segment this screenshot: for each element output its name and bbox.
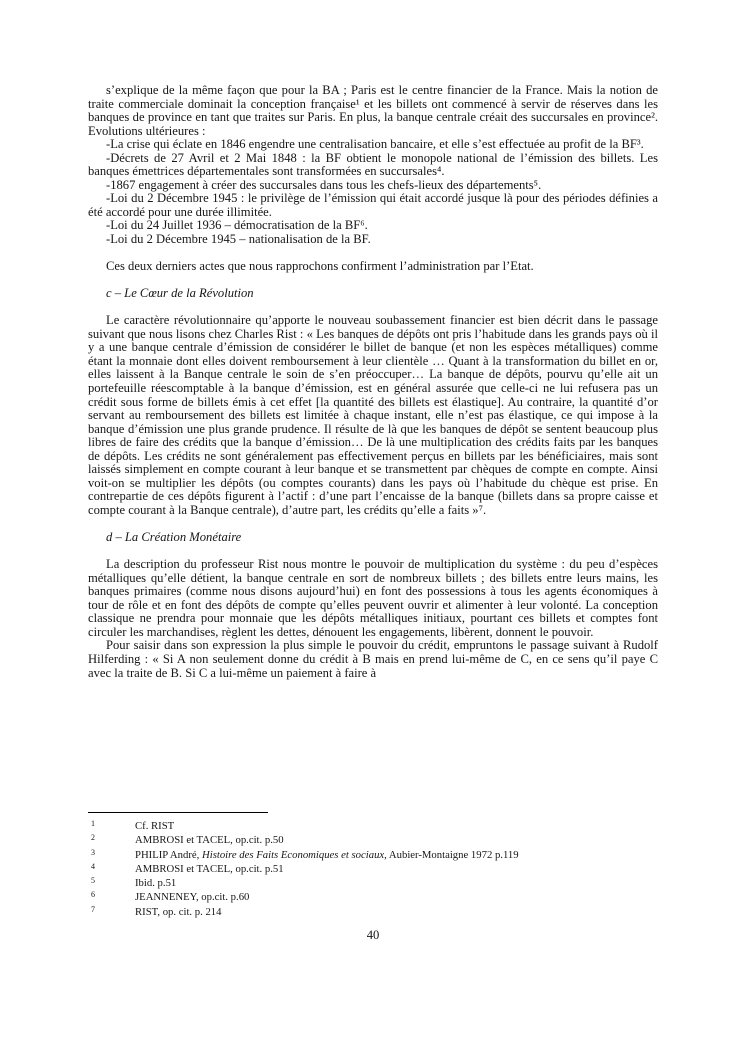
footnote-6: 6JEANNENEY, op.cit. p.60	[88, 890, 658, 904]
document-page: s’explique de la même façon que pour la …	[0, 0, 744, 1053]
list-item-loi-1945-nationalisation: -Loi du 2 Décembre 1945 – nationalisatio…	[88, 233, 658, 247]
footnote-text: RIST, op. cit. p. 214	[135, 906, 222, 918]
paragraph-hilferding: Pour saisir dans son expression la plus …	[88, 639, 658, 680]
list-item-decrets-1848: -Décrets de 27 Avril et 2 Mai 1848 : la …	[88, 152, 658, 179]
footnote-4: 4AMBROSI et TACEL, op.cit. p.51	[88, 862, 658, 876]
list-item-loi-1945-privilege: -Loi du 2 Décembre 1945 : le privilège d…	[88, 192, 658, 219]
paragraph-confirm: Ces deux derniers actes que nous rapproc…	[88, 260, 658, 274]
footnote-text: Cf. RIST	[135, 820, 174, 832]
footnote-marker: 6	[91, 888, 95, 902]
footnote-text: AMBROSI et TACEL, op.cit. p.51	[135, 863, 284, 875]
footnote-1: 1Cf. RIST	[88, 819, 658, 833]
footnote-3: 3PHILIP André, Histoire des Faits Econom…	[88, 848, 658, 862]
paragraph-intro: s’explique de la même façon que pour la …	[88, 84, 658, 138]
list-item-loi-1936: -Loi du 24 Juillet 1936 – démocratisatio…	[88, 219, 658, 233]
body-text: s’explique de la même façon que pour la …	[88, 84, 658, 680]
list-item-1867-engagement: -1867 engagement à créer des succursales…	[88, 179, 658, 193]
list-item-crise-1846: -La crise qui éclate en 1846 engendre un…	[88, 138, 658, 152]
footnote-separator	[88, 812, 268, 813]
footnote-7: 7RIST, op. cit. p. 214	[88, 905, 658, 919]
footnote-text: JEANNENEY, op.cit. p.60	[135, 891, 249, 903]
section-heading-d: d – La Création Monétaire	[88, 531, 658, 545]
footnote-text: Ibid. p.51	[135, 877, 176, 889]
footnote-5: 5Ibid. p.51	[88, 876, 658, 890]
footnote-text: , Aubier-Montaigne 1972 p.119	[384, 849, 518, 861]
footnote-marker: 2	[91, 831, 95, 845]
footnote-marker: 4	[91, 860, 95, 874]
footnote-text: AMBROSI et TACEL, op.cit. p.50	[135, 834, 284, 846]
footnote-marker: 5	[91, 874, 95, 888]
footnote-text: PHILIP André,	[135, 849, 202, 861]
footnote-2: 2AMBROSI et TACEL, op.cit. p.50	[88, 833, 658, 847]
footnotes: 1Cf. RIST 2AMBROSI et TACEL, op.cit. p.5…	[88, 812, 658, 919]
paragraph-rist-quote: Le caractère révolutionnaire qu’apporte …	[88, 314, 658, 517]
footnote-marker: 1	[91, 817, 95, 831]
section-heading-c: c – Le Cœur de la Révolution	[88, 287, 658, 301]
page-number: 40	[88, 928, 658, 943]
footnote-book-title: Histoire des Faits Economiques et sociau…	[202, 849, 384, 861]
footnote-marker: 7	[91, 903, 95, 917]
paragraph-creation-monetaire: La description du professeur Rist nous m…	[88, 558, 658, 639]
footnote-marker: 3	[91, 846, 95, 860]
